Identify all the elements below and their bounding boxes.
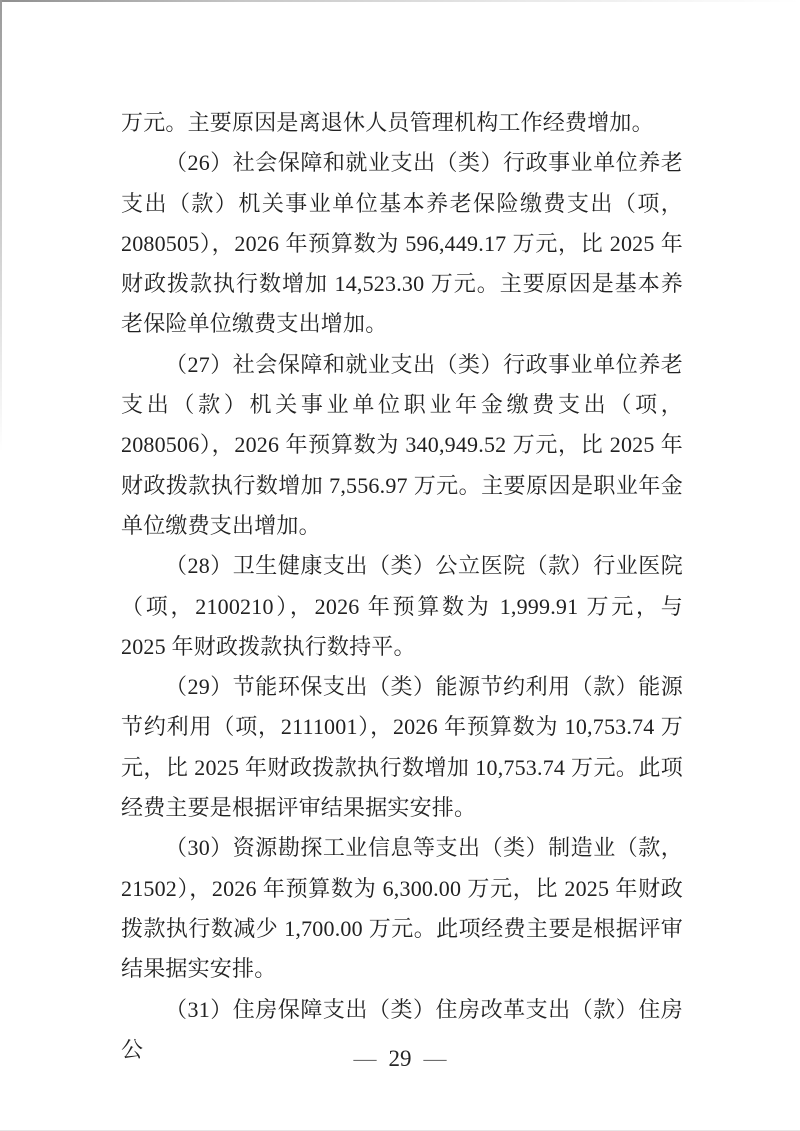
page-footer: —29—	[0, 1046, 800, 1072]
page-top-edge-shadow	[0, 0, 800, 2]
paragraph-25-continuation: 万元。主要原因是离退休人员管理机构工作经费增加。	[121, 103, 683, 143]
footer-left-dash: —	[354, 1046, 377, 1071]
page-left-edge-shadow	[0, 0, 2, 452]
footer-right-dash: —	[424, 1046, 447, 1071]
page-body-text: 万元。主要原因是离退休人员管理机构工作经费增加。 （26）社会保障和就业支出（类…	[121, 103, 683, 1070]
document-page: 万元。主要原因是离退休人员管理机构工作经费增加。 （26）社会保障和就业支出（类…	[0, 0, 800, 1131]
paragraph-29: （29）节能环保支出（类）能源节约利用（款）能源节约利用（项，2111001），…	[121, 667, 683, 828]
paragraph-26: （26）社会保障和就业支出（类）行政事业单位养老支出（款）机关事业单位基本养老保…	[121, 143, 683, 344]
paragraph-28: （28）卫生健康支出（类）公立医院（款）行业医院（项，2100210），2026…	[121, 546, 683, 667]
page-number: 29	[389, 1046, 412, 1071]
paragraph-27: （27）社会保障和就业支出（类）行政事业单位养老支出（款）机关事业单位职业年金缴…	[121, 345, 683, 546]
paragraph-30: （30）资源勘探工业信息等支出（类）制造业（款，21502），2026 年预算数…	[121, 828, 683, 989]
